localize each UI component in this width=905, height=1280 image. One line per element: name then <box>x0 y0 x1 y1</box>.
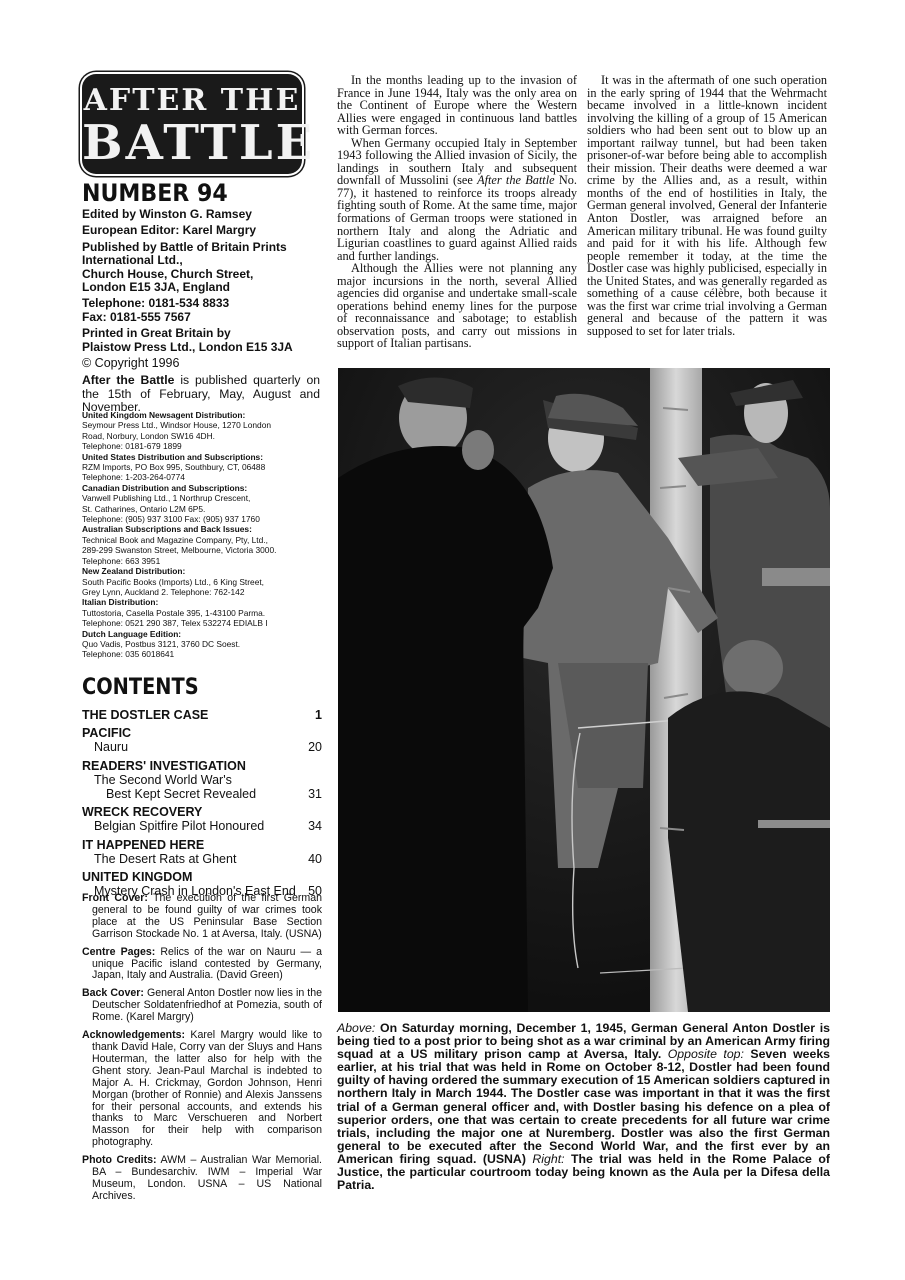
toc-article-title: Nauru <box>82 740 128 754</box>
distribution-line: Telephone: 0521 290 387, Telex 532274 ED… <box>82 618 322 628</box>
distribution-line: Telephone: 035 6018641 <box>82 649 322 659</box>
distribution-heading: United Kingdom Newsagent Distribution: <box>82 410 322 420</box>
toc-section-title: PACIFIC <box>82 726 131 740</box>
distribution-entry: Italian Distribution:Tuttostoria, Casell… <box>82 597 322 628</box>
table-of-contents: THE DOSTLER CASE1 PACIFIC Nauru20 READER… <box>82 708 322 902</box>
toc-section-heading: UNITED KINGDOM <box>82 870 322 884</box>
publisher-credit: Published by Battle of Britain Prints In… <box>82 241 322 295</box>
distribution-line: Technical Book and Magazine Company, Pty… <box>82 535 322 545</box>
article-paragraph: It was in the aftermath of one such oper… <box>587 74 827 337</box>
toc-article-title: The Second World War's <box>82 773 232 787</box>
note-front-cover: Front Cover: The execution of the first … <box>82 893 322 941</box>
toc-article-title: The Desert Rats at Ghent <box>82 852 236 866</box>
publisher-line: London E15 3JA, England <box>82 280 230 294</box>
toc-page-number: 34 <box>308 819 322 833</box>
caption-label-opposite: Opposite top: <box>668 1047 744 1061</box>
toc-article-title: Belgian Spitfire Pilot Honoured <box>82 819 264 833</box>
distribution-heading: Australian Subscriptions and Back Issues… <box>82 524 322 534</box>
distribution-entry: New Zealand Distribution:South Pacific B… <box>82 566 322 597</box>
distribution-line: Telephone: (905) 937 3100 Fax: (905) 937… <box>82 514 322 524</box>
article-column-1: In the months leading up to the invasion… <box>337 74 577 350</box>
masthead-line-1: AFTER THE <box>82 84 302 118</box>
editor-credit: Edited by Winston G. Ramsey <box>82 208 322 221</box>
toc-article[interactable]: Best Kept Secret Revealed31 <box>82 787 322 801</box>
photo-illustration <box>338 368 830 1012</box>
caption-label-above: Above: <box>337 1021 375 1035</box>
note-label: Photo Credits: <box>82 1154 157 1166</box>
masthead-logo: AFTER THE BATTLE <box>82 74 302 174</box>
distribution-line: Quo Vadis, Postbus 3121, 3760 DC Soest. <box>82 639 322 649</box>
article-paragraph: Although the Allies were not planning an… <box>337 262 577 350</box>
distribution-heading: Italian Distribution: <box>82 597 322 607</box>
distribution-line: Road, Norbury, London SW16 4DH. <box>82 431 322 441</box>
printer-line: Plaistow Press Ltd., London E15 3JA <box>82 340 293 354</box>
toc-section-title: IT HAPPENED HERE <box>82 838 204 852</box>
distribution-line: Telephone: 1-203-264-0774 <box>82 472 322 482</box>
publication-title: After the Battle <box>82 373 174 387</box>
paragraph-text: No. 77), it hastened to reinforce its tr… <box>337 173 577 262</box>
toc-page-number: 40 <box>308 852 322 866</box>
toc-page-number: 20 <box>308 740 322 754</box>
note-label: Front Cover: <box>82 892 148 904</box>
toc-section-title: THE DOSTLER CASE <box>82 708 208 722</box>
toc-article[interactable]: The Desert Rats at Ghent40 <box>82 852 322 866</box>
article-column-2: It was in the aftermath of one such oper… <box>587 74 827 337</box>
issue-number: NUMBER 94 <box>82 180 228 206</box>
distribution-line: Seymour Press Ltd., Windsor House, 1270 … <box>82 420 322 430</box>
distribution-line: Tuttostoria, Casella Postale 395, 1-4310… <box>82 608 322 618</box>
toc-section: READERS' INVESTIGATION The Second World … <box>82 759 322 802</box>
toc-page-number: 31 <box>308 787 322 801</box>
distribution-line: St. Catharines, Ontario L2M 6P5. <box>82 504 322 514</box>
distribution-line: 289-299 Swanston Street, Melbourne, Vict… <box>82 545 322 555</box>
distribution-heading: Dutch Language Edition: <box>82 629 322 639</box>
publisher-line: Published by Battle of Britain Prints <box>82 240 287 254</box>
distribution-line: Telephone: 663 3951 <box>82 556 322 566</box>
toc-section-title: UNITED KINGDOM <box>82 870 192 884</box>
toc-section-title: READERS' INVESTIGATION <box>82 759 246 773</box>
toc-section-heading[interactable]: THE DOSTLER CASE1 <box>82 708 322 722</box>
toc-section: IT HAPPENED HERE The Desert Rats at Ghen… <box>82 838 322 866</box>
distribution-line: Grey Lynn, Auckland 2. Telephone: 762-14… <box>82 587 322 597</box>
distribution-entry: Canadian Distribution and Subscriptions:… <box>82 483 322 525</box>
distribution-line: RZM Imports, PO Box 995, Southbury, CT, … <box>82 462 322 472</box>
toc-article-title: Best Kept Secret Revealed <box>82 787 256 801</box>
distribution-heading: New Zealand Distribution: <box>82 566 322 576</box>
note-label: Centre Pages: <box>82 946 155 958</box>
distribution-list: United Kingdom Newsagent Distribution:Se… <box>82 410 322 660</box>
article-paragraph: In the months leading up to the invasion… <box>337 74 577 137</box>
distribution-entry: Dutch Language Edition:Quo Vadis, Postbu… <box>82 629 322 660</box>
printer-credit: Printed in Great Britain by Plaistow Pre… <box>82 327 322 354</box>
note-label: Back Cover: <box>82 987 144 999</box>
contents-heading: CONTENTS <box>82 676 199 700</box>
publisher-line: Church House, Church Street, <box>82 267 253 281</box>
toc-article[interactable]: The Second World War's <box>82 773 322 787</box>
imprint-block: Edited by Winston G. Ramsey European Edi… <box>82 208 322 373</box>
note-acknowledgements: Acknowledgements: Karel Margry would lik… <box>82 1030 322 1149</box>
toc-section-heading: WRECK RECOVERY <box>82 805 322 819</box>
telephone: Telephone: 0181-534 8833 <box>82 296 229 310</box>
toc-section-title: WRECK RECOVERY <box>82 805 202 819</box>
printer-line: Printed in Great Britain by <box>82 326 231 340</box>
toc-section-heading: READERS' INVESTIGATION <box>82 759 322 773</box>
note-photo-credits: Photo Credits: AWM – Australian War Memo… <box>82 1155 322 1203</box>
note-centre-pages: Centre Pages: Relics of the war on Nauru… <box>82 947 322 983</box>
fax: Fax: 0181-555 7567 <box>82 310 191 324</box>
european-editor-credit: European Editor: Karel Margry <box>82 224 322 237</box>
photo-caption: Above: On Saturday morning, December 1, … <box>337 1022 830 1192</box>
distribution-heading: Canadian Distribution and Subscriptions: <box>82 483 322 493</box>
caption-label-right: Right: <box>532 1152 564 1166</box>
toc-article[interactable]: Nauru20 <box>82 740 322 754</box>
note-back-cover: Back Cover: General Anton Dostler now li… <box>82 988 322 1024</box>
distribution-line: Vanwell Publishing Ltd., 1 Northrup Cres… <box>82 493 322 503</box>
execution-photo <box>338 368 830 1012</box>
note-text: Karel Margry would like to thank David H… <box>92 1029 322 1148</box>
distribution-line: Telephone: 0181-679 1899 <box>82 441 322 451</box>
masthead-line-2: BATTLE <box>82 118 302 168</box>
toc-section-heading: PACIFIC <box>82 726 322 740</box>
distribution-entry: Australian Subscriptions and Back Issues… <box>82 524 322 566</box>
publisher-line: International Ltd., <box>82 253 183 267</box>
toc-article[interactable]: Belgian Spitfire Pilot Honoured34 <box>82 819 322 833</box>
toc-page-number: 1 <box>315 708 322 722</box>
issue-notes: Front Cover: The execution of the first … <box>82 893 322 1209</box>
caption-text: Seven weeks earlier, at his trial that w… <box>337 1047 830 1166</box>
toc-section: THE DOSTLER CASE1 <box>82 708 322 722</box>
contact-numbers: Telephone: 0181-534 8833 Fax: 0181-555 7… <box>82 297 322 324</box>
toc-section: PACIFIC Nauru20 <box>82 726 322 754</box>
toc-section-heading: IT HAPPENED HERE <box>82 838 322 852</box>
distribution-heading: United States Distribution and Subscript… <box>82 452 322 462</box>
distribution-line: South Pacific Books (Imports) Ltd., 6 Ki… <box>82 577 322 587</box>
publication-note: After the Battle is published quarterly … <box>82 374 320 415</box>
copyright: © Copyright 1996 <box>82 357 322 370</box>
note-label: Acknowledgements: <box>82 1029 185 1041</box>
article-paragraph: When Germany occupied Italy in September… <box>337 137 577 262</box>
distribution-entry: United States Distribution and Subscript… <box>82 452 322 483</box>
distribution-entry: United Kingdom Newsagent Distribution:Se… <box>82 410 322 452</box>
toc-section: WRECK RECOVERY Belgian Spitfire Pilot Ho… <box>82 805 322 833</box>
